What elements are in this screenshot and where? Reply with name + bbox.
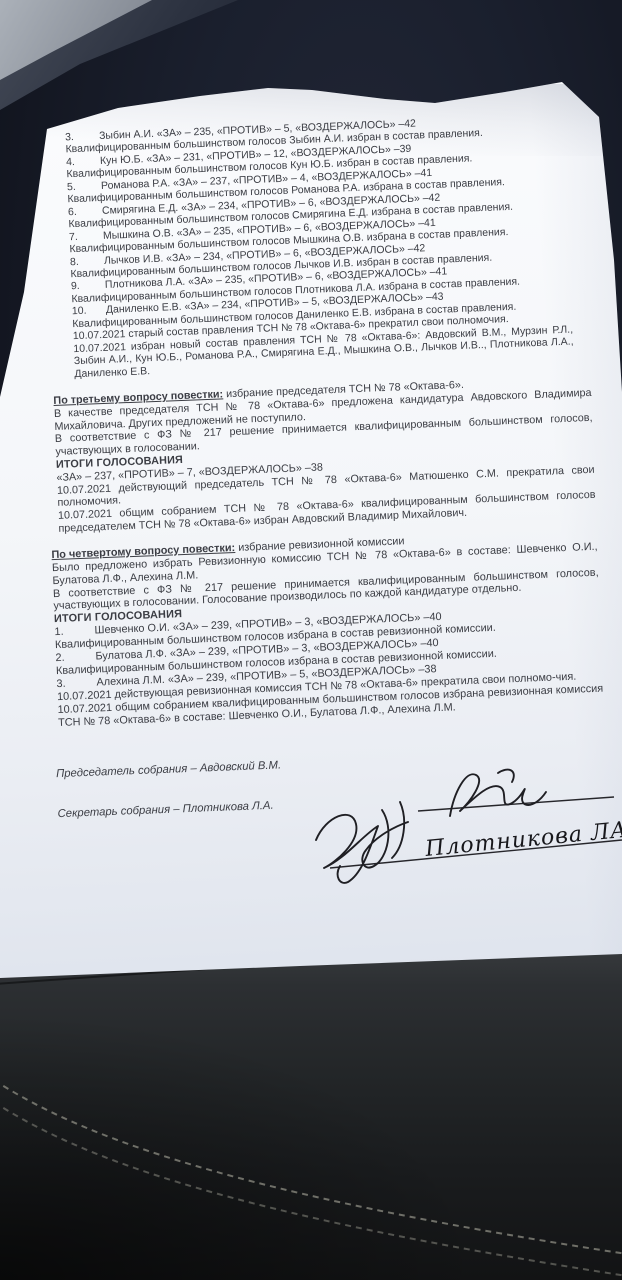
seat-stitching — [0, 938, 622, 1280]
chairman-signature — [450, 770, 546, 816]
board-election-results: 3.Зыбин А.И. «ЗА» – 235, «ПРОТИВ» – 5, «… — [31, 111, 590, 381]
photo-scene: 3.Зыбин А.И. «ЗА» – 235, «ПРОТИВ» – 5, «… — [0, 0, 622, 1280]
leather-seat — [0, 938, 622, 1280]
secretary-signature — [316, 802, 408, 883]
item-number: 9. — [71, 279, 105, 293]
question4-section: По четвертому вопросу повестки: избрание… — [47, 528, 604, 730]
handwritten-signatures: Плотникова ЛА — [302, 764, 622, 896]
item-number: 10. — [72, 304, 106, 318]
document-text: 3.Зыбин А.И. «ЗА» – 235, «ПРОТИВ» – 5, «… — [0, 100, 622, 823]
signature-name: Плотникова ЛА — [423, 818, 622, 862]
question3-section: По третьему вопросу повестки: избрание п… — [41, 374, 596, 536]
